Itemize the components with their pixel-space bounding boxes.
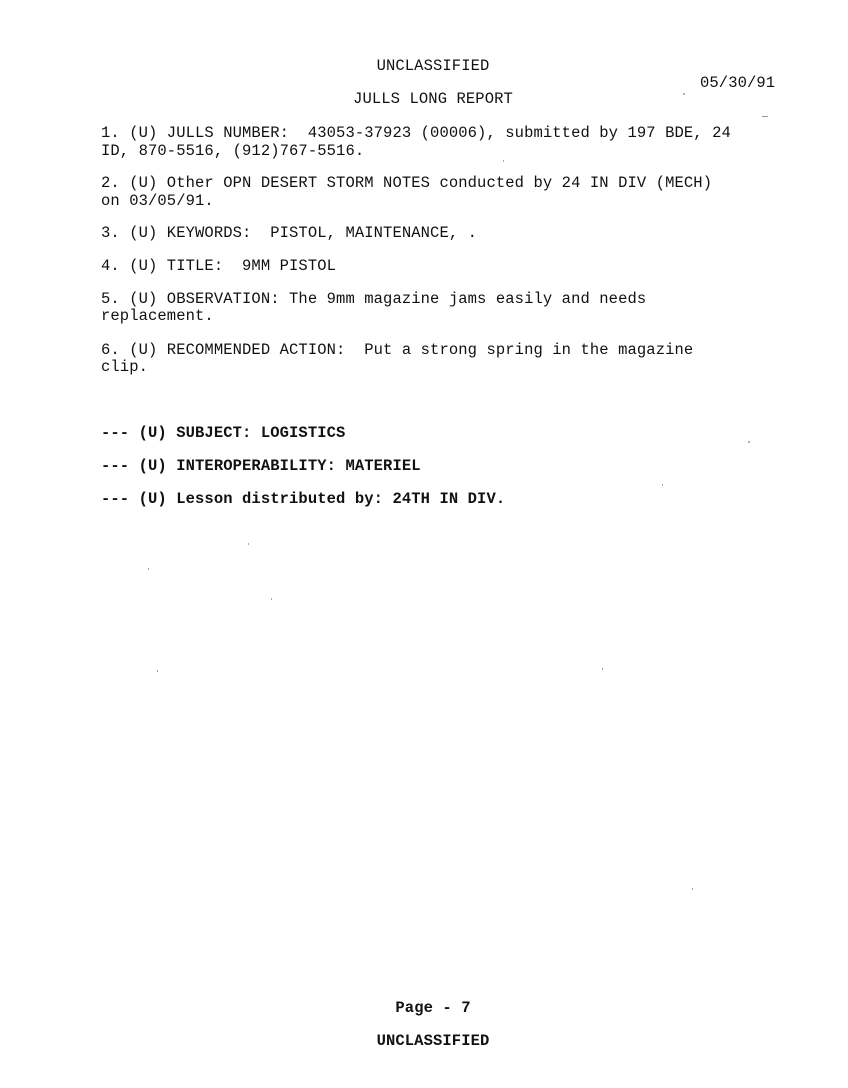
- scan-speck: [157, 670, 158, 672]
- item-2-line-1: 2. (U) Other OPN DESERT STORM NOTES cond…: [101, 175, 712, 192]
- interoperability-tag: --- (U) INTEROPERABILITY: MATERIEL: [101, 458, 421, 475]
- item-3-keywords: 3. (U) KEYWORDS: PISTOL, MAINTENANCE, .: [101, 225, 477, 242]
- scan-speck: [762, 116, 768, 117]
- scan-speck: [683, 93, 685, 95]
- item-5-line-2: replacement.: [101, 308, 214, 325]
- document-page: UNCLASSIFIED 05/30/91 JULLS LONG REPORT …: [0, 0, 848, 1088]
- report-date: 05/30/91: [700, 75, 775, 92]
- scan-speck: [148, 568, 149, 570]
- item-1-line-1: 1. (U) JULLS NUMBER: 43053-37923 (00006)…: [101, 125, 731, 142]
- item-4-title: 4. (U) TITLE: 9MM PISTOL: [101, 258, 336, 275]
- scan-speck: [748, 441, 750, 443]
- distribution-tag: --- (U) Lesson distributed by: 24TH IN D…: [101, 491, 505, 508]
- item-6-line-2: clip.: [101, 359, 148, 376]
- item-1-line-2: ID, 870-5516, (912)767-5516.: [101, 143, 364, 160]
- report-title: JULLS LONG REPORT: [0, 91, 848, 108]
- scan-speck: [602, 668, 603, 670]
- item-5-line-1: 5. (U) OBSERVATION: The 9mm magazine jam…: [101, 291, 646, 308]
- scan-speck: [271, 598, 272, 600]
- item-6-line-1: 6. (U) RECOMMENDED ACTION: Put a strong …: [101, 342, 693, 359]
- scan-speck: [248, 543, 249, 545]
- subject-tag: --- (U) SUBJECT: LOGISTICS: [101, 425, 345, 442]
- page-number: Page - 7: [0, 1000, 848, 1017]
- classification-header: UNCLASSIFIED: [0, 58, 848, 75]
- scan-speck: [692, 888, 693, 890]
- item-2-line-2: on 03/05/91.: [101, 193, 214, 210]
- scan-speck: [662, 484, 663, 486]
- classification-footer: UNCLASSIFIED: [0, 1033, 848, 1050]
- scan-speck: [503, 160, 504, 162]
